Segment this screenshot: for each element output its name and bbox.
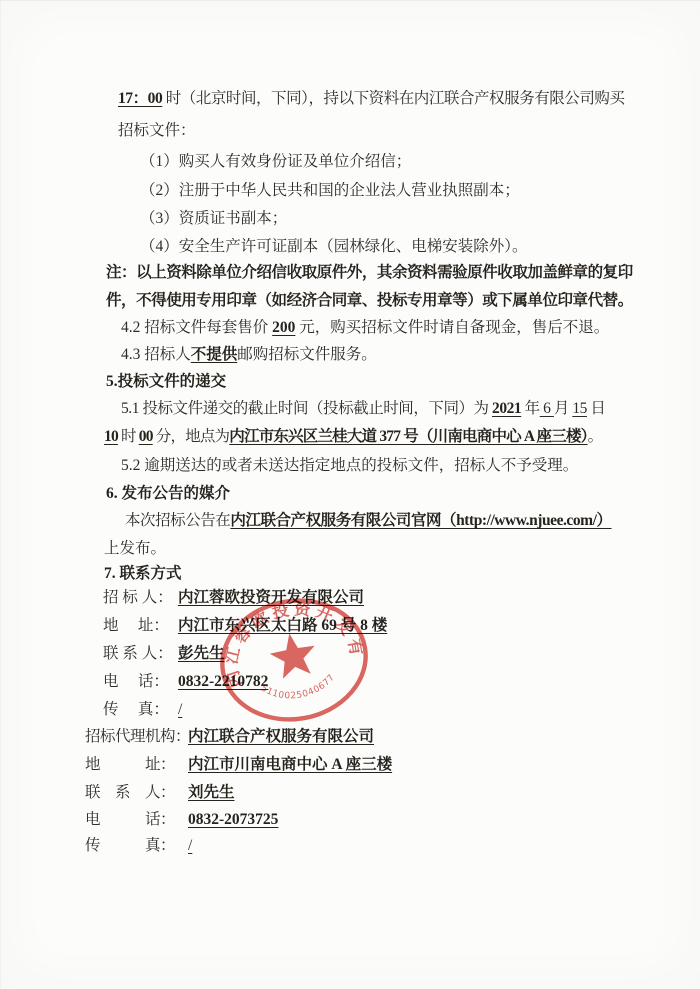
contact-value: / — [188, 835, 192, 856]
text-run: （3）资质证书副本； — [140, 210, 287, 227]
text-run: 6 — [540, 400, 554, 417]
contact-label: 传 真： — [103, 701, 169, 718]
contact-label: 联 系 人： — [103, 645, 173, 662]
seal-code-text: 5110025040677 — [258, 671, 340, 707]
contact-value: 内江市川南电商中心 A 座三楼 — [188, 754, 392, 775]
contact-value: 内江联合产权服务有限公司 — [188, 726, 374, 747]
text-run: 邮购招标文件服务。 — [237, 346, 377, 363]
contact-label: 传 真： — [85, 837, 175, 854]
text-run: 4.2 招标文件每套售价 — [121, 319, 272, 336]
text-run: 不提供 — [191, 346, 238, 363]
contact-value: 内江市东兴区太白路 69 号 8 楼 — [178, 615, 387, 636]
note-line-1: 注：以上资料除单位介绍信收取原件外，其余资料需验原件收取加盖鲜章的复印 — [106, 262, 633, 283]
heading-5: 5.投标文件的递交 — [106, 371, 226, 392]
note-line-2: 件，不得使用专用印章（如经济合同章、投标专用章等）或下属单位印章代替。 — [106, 290, 633, 311]
contact-label: 联 系 人： — [85, 784, 175, 801]
text-run: 7. 联系方式 — [104, 565, 182, 582]
contact-row: 联 系 人：刘先生 — [85, 782, 175, 803]
contact-row: 地 址：内江市东兴区太白路 69 号 8 楼 — [103, 615, 169, 636]
text-run: （2）注册于中华人民共和国的企业法人营业执照副本； — [140, 182, 520, 199]
contact-row: 传 真：/ — [85, 835, 175, 856]
clause-4-3: 4.3 招标人不提供邮购招标文件服务。 — [121, 344, 377, 365]
text-run: 月 — [554, 400, 572, 417]
item-4: （4）安全生产许可证副本（园林绿化、电梯安装除外）。 — [140, 236, 528, 257]
text-run: 元，购买招标文件时请自备现金，售后不退。 — [295, 319, 609, 336]
contact-value: 彭先生 — [178, 643, 225, 664]
contact-label: 地 址： — [85, 756, 175, 773]
item-2: （2）注册于中华人民共和国的企业法人营业执照副本； — [140, 180, 520, 201]
text-run: 本次招标公告在 — [125, 512, 230, 529]
text-run: 。 — [588, 428, 603, 445]
heading-7: 7. 联系方式 — [104, 563, 182, 584]
contact-label: 招 标 人： — [103, 589, 173, 606]
contact-row: 联 系 人：彭先生 — [103, 643, 173, 664]
contact-value: 0832-2073725 — [188, 809, 278, 830]
contact-label: 电 话： — [85, 811, 175, 828]
item-1: （1）购买人有效身份证及单位介绍信； — [140, 151, 411, 172]
text-run: 日 — [587, 400, 605, 417]
announcement-line-2: 上发布。 — [104, 538, 166, 559]
announcement-line-1: 本次招标公告在内江联合产权服务有限公司官网（http://www.njuee.c… — [125, 510, 612, 531]
seal-star-icon — [267, 629, 319, 680]
text-run: 时 — [118, 428, 139, 445]
item-3: （3）资质证书副本； — [140, 208, 287, 229]
text-run: 5.投标文件的递交 — [106, 373, 226, 390]
scanned-page: 17：00 时（北京时间，下同），持以下资料在内江联合产权服务有限公司购买招标文… — [0, 0, 700, 989]
contact-row: 招标代理机构：内江联合产权服务有限公司 — [85, 726, 190, 747]
contact-label: 电 话： — [103, 673, 169, 690]
text-run: 15 — [572, 400, 587, 417]
contact-label: 招标代理机构： — [85, 728, 190, 745]
contact-row: 招 标 人：内江蓉欧投资开发有限公司 — [103, 587, 173, 608]
contact-row: 电 话：0832-2073725 — [85, 809, 175, 830]
clause-5-2: 5.2 逾期送达的或者未送达指定地点的投标文件，招标人不予受理。 — [121, 455, 578, 476]
seal-ring — [213, 589, 375, 730]
line-purchase-deadline-1: 17：00 时（北京时间，下同），持以下资料在内江联合产权服务有限公司购买 — [118, 88, 625, 109]
contact-row: 传 真：/ — [103, 699, 169, 720]
text-run: （4）安全生产许可证副本（园林绿化、电梯安装除外）。 — [140, 238, 528, 255]
text-run: 件，不得使用专用印章（如经济合同章、投标专用章等）或下属单位印章代替。 — [106, 292, 633, 309]
clause-5-1-line-1: 5.1 投标文件递交的截止时间（投标截止时间，下同）为 2021 年 6 月 1… — [121, 398, 605, 419]
text-run: 5.1 投标文件递交的截止时间（投标截止时间，下同）为 — [121, 400, 492, 417]
text-run: 上发布。 — [104, 540, 166, 557]
text-run: 4.3 招标人 — [121, 346, 191, 363]
clause-4-2: 4.2 招标文件每套售价 200 元，购买招标文件时请自备现金，售后不退。 — [121, 317, 609, 338]
svg-text:5110025040677: 5110025040677 — [258, 671, 340, 707]
contact-value: 刘先生 — [188, 782, 235, 803]
text-run: 年 — [521, 400, 539, 417]
contact-value: 0832-2210782 — [178, 671, 268, 692]
text-run: 5.2 逾期送达的或者未送达指定地点的投标文件，招标人不予受理。 — [121, 457, 578, 474]
text-run: 时（北京时间，下同），持以下资料在内江联合产权服务有限公司购买 — [162, 90, 624, 107]
text-run: 17：00 — [118, 90, 162, 107]
contact-value: / — [178, 699, 182, 720]
text-run: 招标文件： — [118, 122, 196, 139]
contact-value: 内江蓉欧投资开发有限公司 — [178, 587, 364, 608]
clause-5-1-line-2: 10 时 00 分，地点为内江市东兴区兰桂大道 377 号（川南电商中心 A 座… — [104, 426, 602, 447]
contact-row: 地 址：内江市川南电商中心 A 座三楼 — [85, 754, 175, 775]
text-run: 00 — [139, 428, 153, 445]
text-run: 10 — [104, 428, 118, 445]
line-purchase-deadline-2: 招标文件： — [118, 120, 196, 141]
text-run: 内江市东兴区兰桂大道 377 号（川南电商中心 A 座三楼） — [229, 428, 587, 445]
text-run: 注：以上资料除单位介绍信收取原件外，其余资料需验原件收取加盖鲜章的复印 — [106, 264, 633, 281]
text-run: 分，地点为 — [153, 428, 230, 445]
text-run: 内江联合产权服务有限公司官网（http://www.njuee.com/） — [230, 512, 611, 529]
heading-6: 6. 发布公告的媒介 — [106, 483, 230, 504]
text-run: 2021 — [492, 400, 521, 417]
text-run: 200 — [272, 319, 295, 336]
contact-label: 地 址： — [103, 617, 169, 634]
contact-row: 电 话：0832-2210782 — [103, 671, 169, 692]
text-run: （1）购买人有效身份证及单位介绍信； — [140, 153, 411, 170]
text-run: 6. 发布公告的媒介 — [106, 485, 230, 502]
